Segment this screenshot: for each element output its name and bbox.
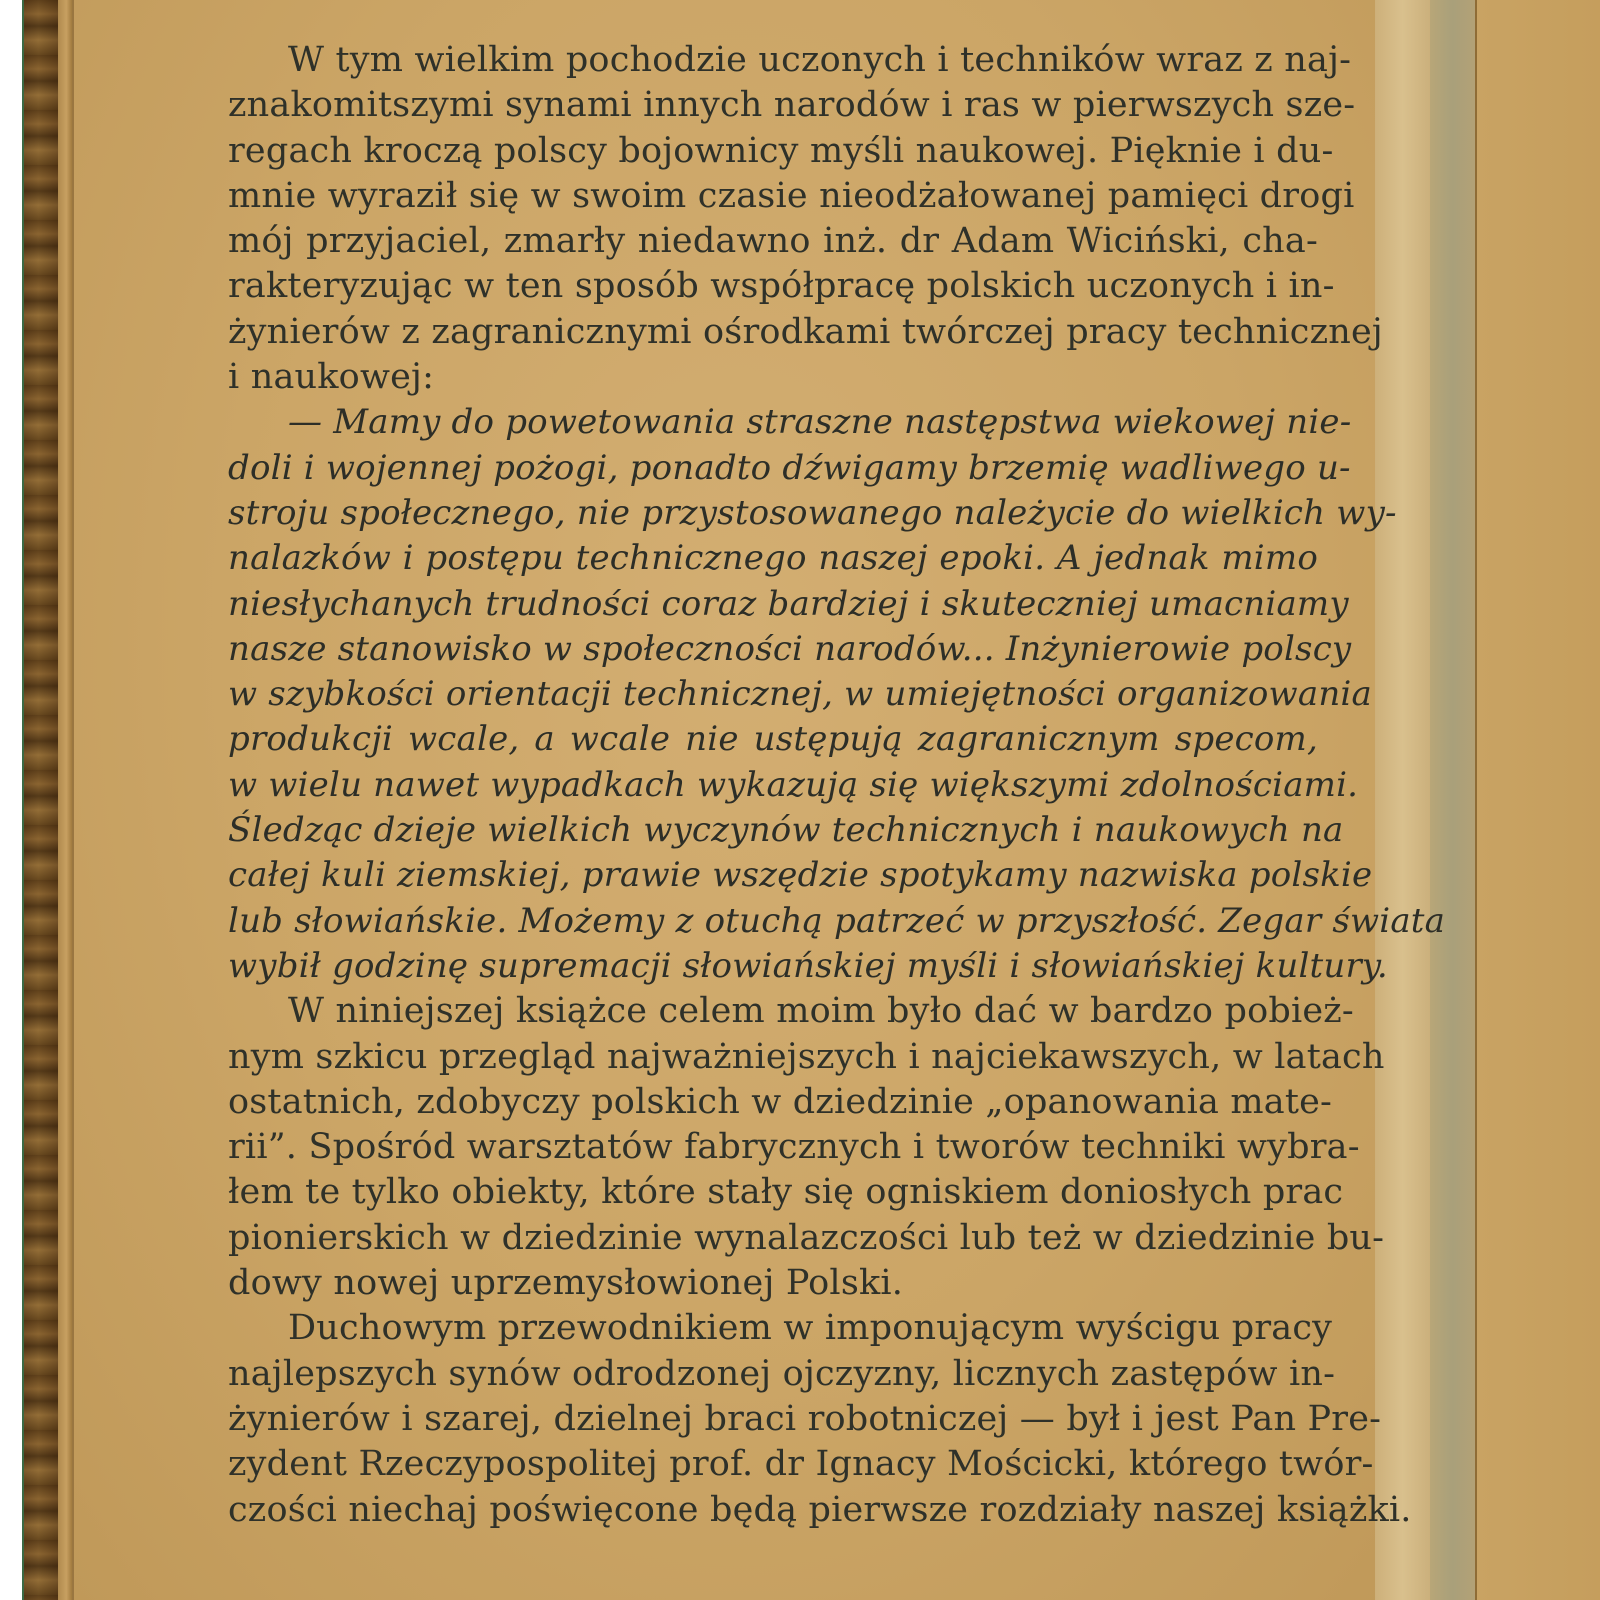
paragraph-book-purpose: W niniejszej książce celem moim było dać… [228,989,1318,1306]
text-line: nym szkicu przegląd najważniejszych i na… [228,1035,1318,1080]
text-line: stroju społecznego, nie przystosowanego … [228,491,1318,536]
text-line: mój przyjaciel, zmarły niedawno inż. dr … [228,219,1318,264]
text-line: niesłychanych trudności coraz bardziej i… [228,582,1318,627]
text-line: czości niechaj poświęcone będą pierwsze … [228,1488,1318,1533]
paragraph-quotation: — Mamy do powetowania straszne następstw… [228,400,1318,989]
text-line: — Mamy do powetowania straszne następstw… [228,400,1318,445]
text-line: w szybkości orientacji technicznej, w um… [228,672,1318,717]
page-text: W tym wielkim pochodzie uczonych i techn… [228,38,1318,1533]
text-line: wybił godzinę supremacji słowiańskiej my… [228,944,1318,989]
text-line: żynierów i szarej, dzielnej braci robotn… [228,1397,1318,1442]
text-line: nalazków i postępu technicznego naszej e… [228,536,1318,581]
text-line: rii”. Spośród warsztatów fabrycznych i t… [228,1125,1318,1170]
text-line: doli i wojennej pożogi, ponadto dźwigamy… [228,446,1318,491]
page-fold-margin [1375,0,1430,1600]
text-line: łem te tylko obiekty, które stały się og… [228,1170,1318,1215]
text-line: Duchowym przewodnikiem w imponującym wyś… [228,1306,1318,1351]
book-binding-edge [22,0,60,1600]
text-line: i naukowej: [228,355,1318,400]
paragraph-dedication: Duchowym przewodnikiem w imponującym wyś… [228,1306,1318,1532]
text-line: zydent Rzeczypospolitej prof. dr Ignacy … [228,1442,1318,1487]
text-line: nasze stanowisko w społeczności narodów.… [228,627,1318,672]
text-line: w wielu nawet wypadkach wykazują się wię… [228,763,1318,808]
adjacent-page [1477,0,1600,1600]
book-photo: W tym wielkim pochodzie uczonych i techn… [0,0,1600,1600]
text-line: pionierskich w dziedzinie wynalazczości … [228,1216,1318,1261]
text-line: mnie wyraził się w swoim czasie nieodżał… [228,174,1318,219]
page-gutter [1430,0,1477,1600]
paragraph-intro: W tym wielkim pochodzie uczonych i techn… [228,38,1318,400]
text-line: Śledząc dzieje wielkich wyczynów technic… [228,808,1318,853]
text-line: W tym wielkim pochodzie uczonych i techn… [228,38,1318,83]
text-line: znakomitszymi synami innych narodów i ra… [228,83,1318,128]
text-line: ostatnich, zdobyczy polskich w dziedzini… [228,1080,1318,1125]
text-line: W niniejszej książce celem moim było dać… [228,989,1318,1034]
text-line: produkcji wcale, a wcale nie ustępują za… [228,717,1318,762]
text-line: dowy nowej uprzemysłowionej Polski. [228,1261,1318,1306]
page-stack-edge [58,0,72,1600]
text-line: rakteryzując w ten sposób współpracę pol… [228,264,1318,309]
text-line: całej kuli ziemskiej, prawie wszędzie sp… [228,853,1318,898]
text-line: żynierów z zagranicznymi ośrodkami twórc… [228,310,1318,355]
text-line: regach kroczą polscy bojownicy myśli nau… [228,129,1318,174]
text-line: najlepszych synów odrodzonej ojczyzny, l… [228,1352,1318,1397]
text-line: lub słowiańskie. Możemy z otuchą patrzeć… [228,899,1318,944]
